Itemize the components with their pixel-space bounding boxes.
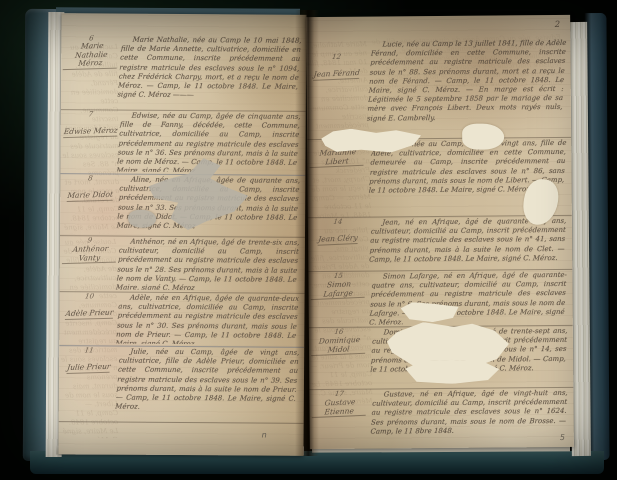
- entry-body-text: Gustave, né en Afrique, âgé de vingt-hui…: [370, 389, 568, 437]
- entry-margin-name: Dominique Midol: [311, 335, 367, 355]
- entry-margin-name: Marie Didot: [67, 191, 114, 202]
- archival-scan-background: { "palette": { "background": "#030503", …: [0, 0, 617, 480]
- entry-margin-name: Julie Prieur: [67, 363, 111, 374]
- entry-body-text: Adèle, née en Afrique, âgée de quarante-…: [115, 294, 299, 345]
- entry-number: 9: [62, 236, 117, 244]
- entry-margin-name: Edwise Méroz: [63, 127, 118, 138]
- pencil-mark: 5: [560, 433, 565, 442]
- pencil-mark: n: [262, 431, 267, 440]
- entry-margin-name: Simon Lafarge: [311, 279, 367, 299]
- damage-patch: [462, 123, 504, 149]
- entry-body-text: Julie, née au Camp, âgée de vingt ans, c…: [114, 348, 300, 421]
- entry-margin-name: Jean Férand: [313, 69, 360, 81]
- entry-number: 8: [63, 174, 118, 182]
- register-entry: 9 Anthénor Vanty Anthénor, né en Afrique…: [60, 235, 305, 294]
- entry-number: 7: [63, 110, 118, 118]
- register-entry: 12 Jean Férand Lucie, née au Camp le 13 …: [306, 37, 571, 140]
- page-number: 2: [555, 20, 561, 30]
- register-entry: 17 Gustave Etienne Gustave, né en Afriqu…: [309, 387, 573, 439]
- entry-margin-name: Gustave Etienne: [312, 397, 368, 417]
- left-page: Lucie, née au Camp le 13 juillet 1841, f…: [58, 13, 306, 456]
- register-entry: 10 Adèle Prieur Adèle, née en Afrique, â…: [59, 291, 304, 348]
- register-entry: 7 Edwise Méroz Edwise, née au Camp, âgée…: [60, 109, 305, 176]
- entry-body-text: Simon Lafarge, né en Afrique, âgé de qua…: [369, 271, 567, 325]
- entry-margin-name: Anthénor Vanty: [62, 244, 118, 264]
- entry-body-text: Lucie, née au Camp le 13 juillet 1841, f…: [366, 39, 567, 137]
- entry-number: 11: [62, 346, 117, 354]
- entry-margin-name: Adèle Prieur: [65, 309, 114, 320]
- right-page: Marie Nathalie, née au Camp le 10 mai 18…: [306, 15, 574, 449]
- register-entry: 6 Marie Nathalie Méroz Marie Nathalie, n…: [61, 33, 307, 112]
- entry-body-text: Marie Nathalie, née au Camp le 10 mai 18…: [116, 36, 302, 109]
- entry-number: 10: [62, 292, 117, 300]
- entry-number: 14: [310, 218, 365, 226]
- entry-margin-name: Marie Nathalie Méroz: [63, 42, 120, 70]
- entry-number: 12: [309, 53, 364, 61]
- damage-patch: [128, 210, 156, 228]
- entry-margin-name: Jean Cléry: [318, 234, 358, 245]
- entry-body-text: Anthénor, né en Afrique, âgé de trente-s…: [116, 238, 300, 291]
- register-entry: 11 Julie Prieur Julie, née au Camp, âgée…: [59, 345, 305, 424]
